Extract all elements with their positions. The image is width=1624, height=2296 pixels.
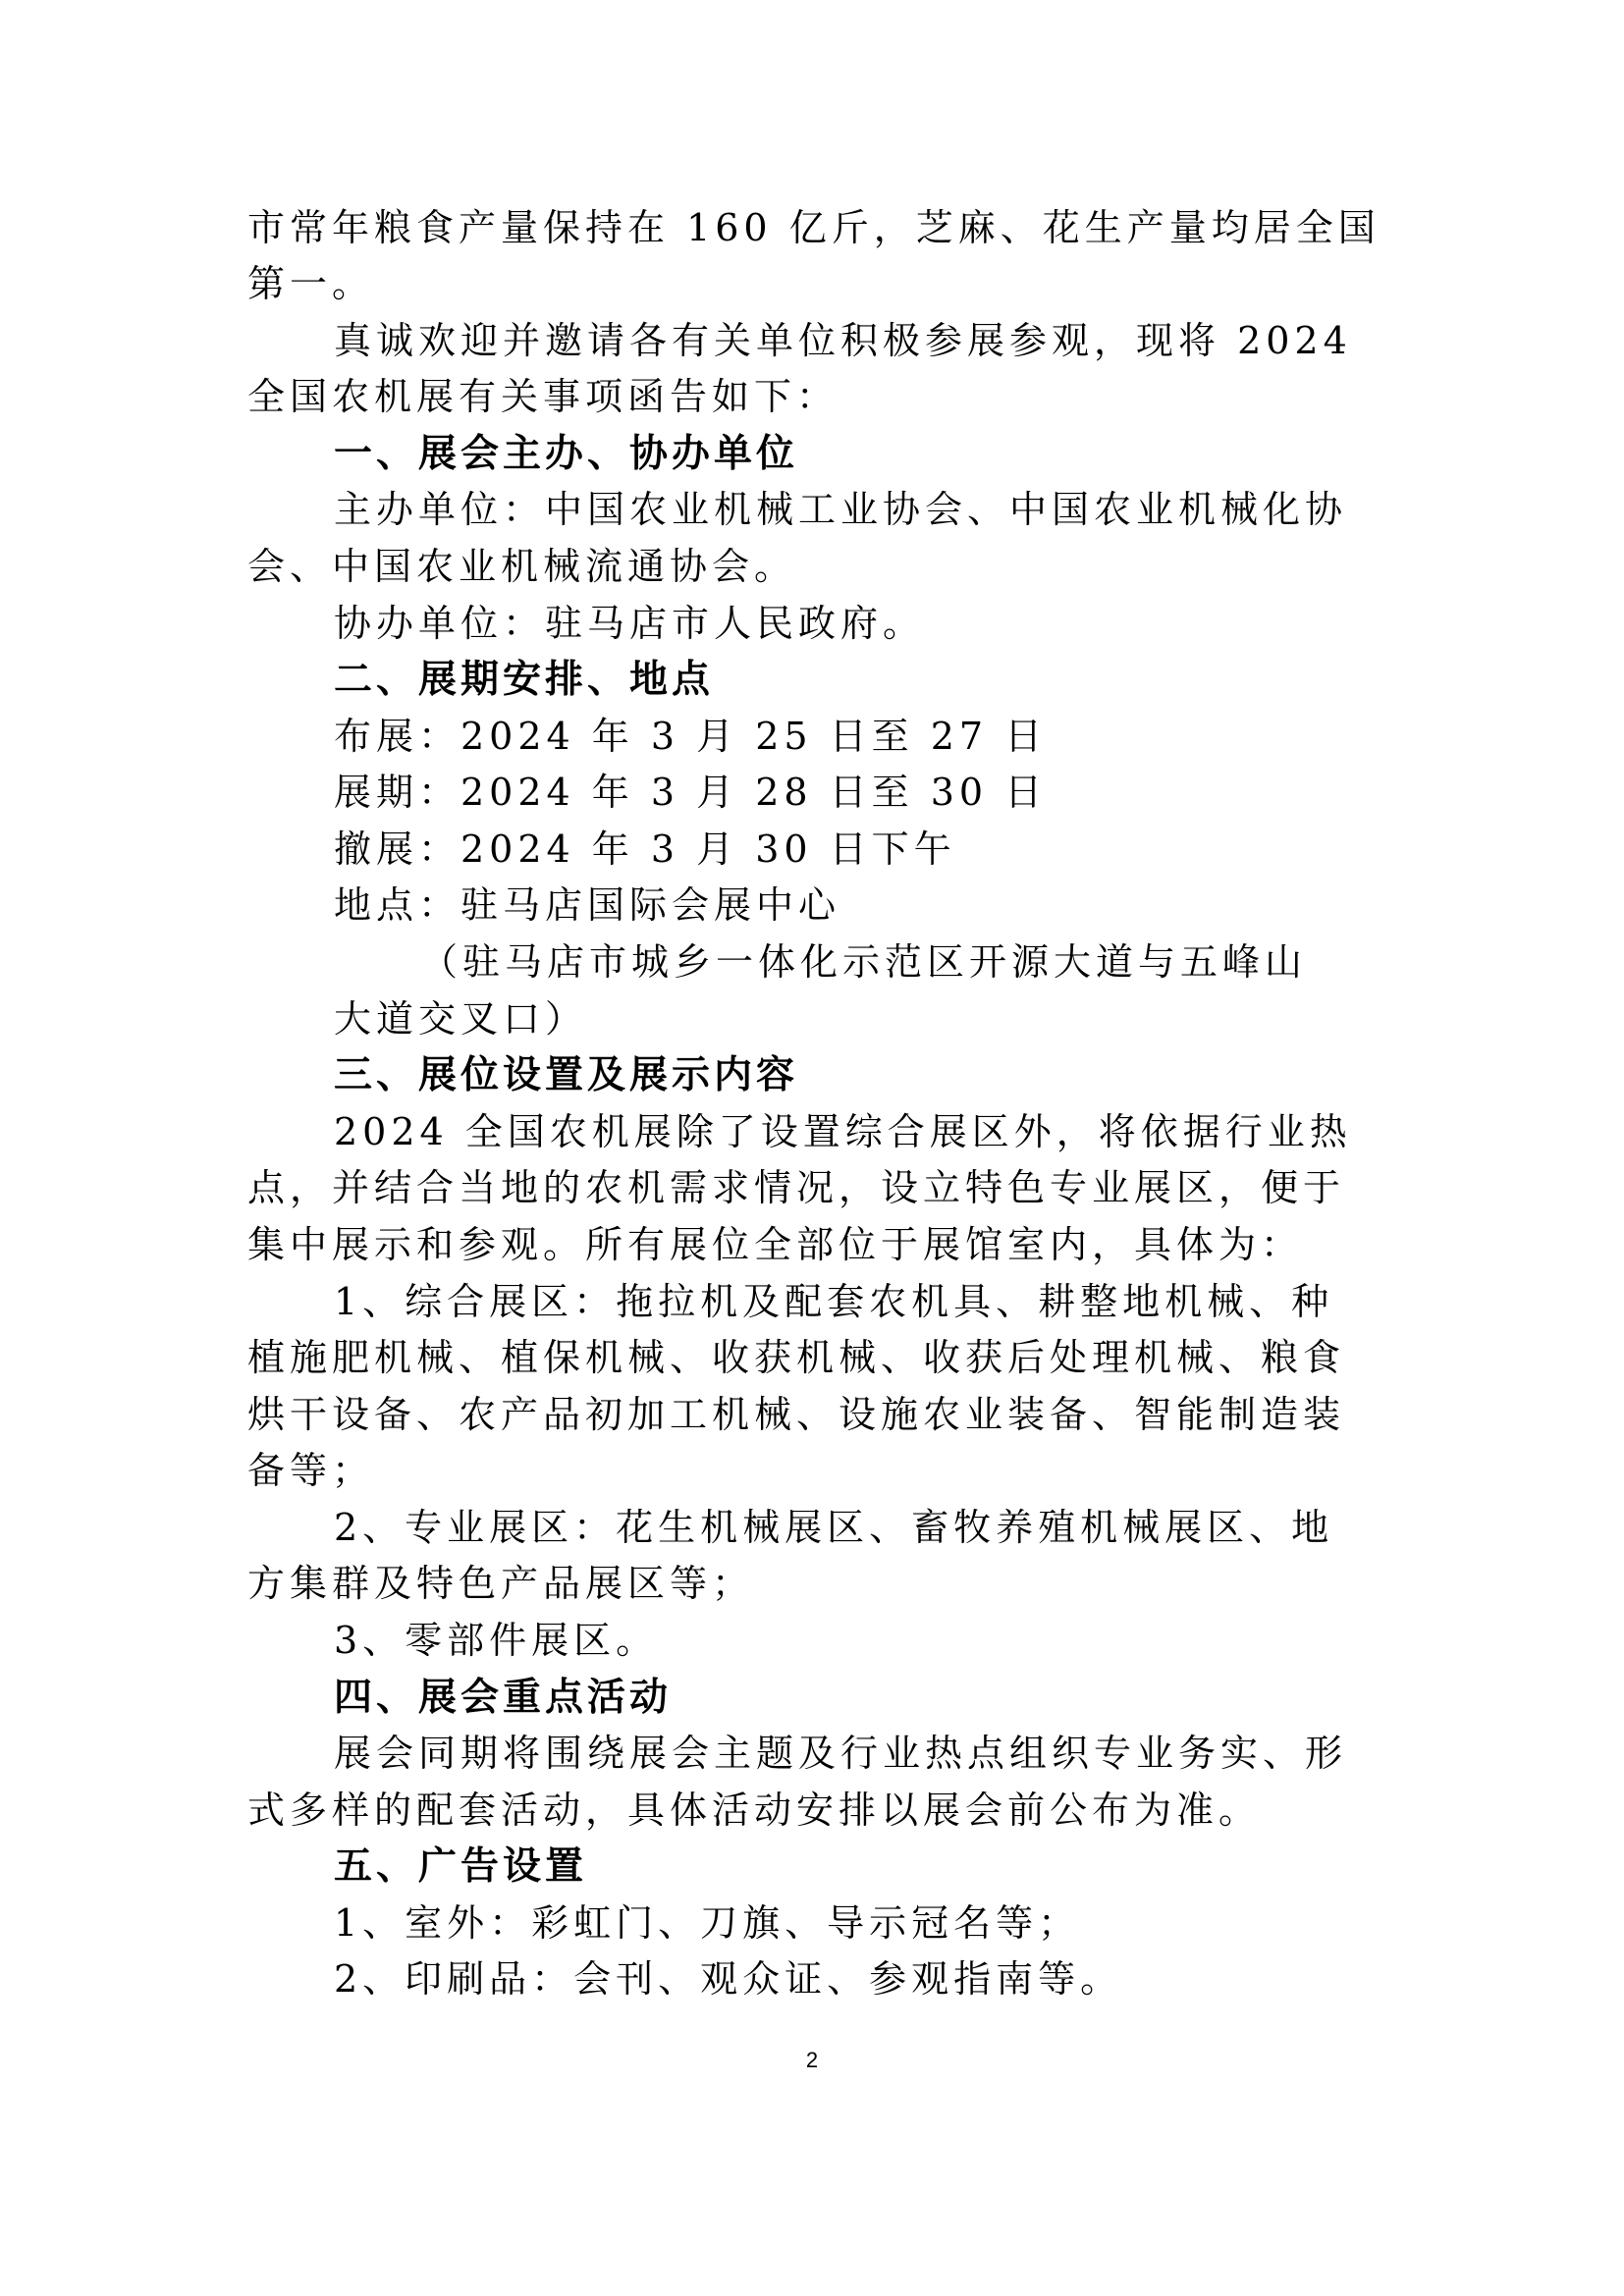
paragraph-line: 点，并结合当地的农机需求情况，设立特色专业展区，便于	[247, 1160, 1345, 1216]
paragraph-line: 1、室外：彩虹门、刀旗、导示冠名等；	[334, 1896, 1080, 1951]
paragraph-line: 布展：2024 年 3 月 25 日至 27 日	[334, 709, 1047, 765]
paragraph-line: 协办单位：驻马店市人民政府。	[334, 596, 925, 652]
paragraph-line: 地点：驻马店国际会展中心	[334, 878, 840, 934]
section-heading: 一、展会主办、协办单位	[334, 426, 798, 482]
paragraph-line: 方集群及特色产品展区等；	[247, 1556, 754, 1612]
paragraph-line: 第一。	[247, 256, 374, 312]
paragraph-line: 集中展示和参观。所有展位全部位于展馆室内，具体为：	[247, 1217, 1303, 1273]
paragraph-line: 撤展：2024 年 3 月 30 日下午	[334, 822, 956, 878]
paragraph-line: 会、中国农业机械流通协会。	[247, 539, 796, 595]
section-heading: 四、展会重点活动	[334, 1670, 672, 1726]
paragraph-line: 市常年粮食产量保持在 160 亿斤，芝麻、花生产量均居全国	[247, 200, 1380, 256]
paragraph-line: 式多样的配套活动，具体活动安排以展会前公布为准。	[247, 1783, 1261, 1839]
paragraph-line: 2024 全国农机展除了设置综合展区外，将依据行业热	[334, 1104, 1352, 1160]
section-heading: 二、展期安排、地点	[334, 652, 714, 708]
paragraph-line: 展期：2024 年 3 月 28 日至 30 日	[334, 765, 1047, 821]
document-page: 市常年粮食产量保持在 160 亿斤，芝麻、花生产量均居全国第一。真诚欢迎并邀请各…	[0, 0, 1624, 2296]
paragraph-line: 3、零部件展区。	[334, 1613, 658, 1669]
paragraph-line: 植施肥机械、植保机械、收获机械、收获后处理机械、粮食	[247, 1330, 1345, 1386]
paragraph-line: 2、专业展区：花生机械展区、畜牧养殖机械展区、地	[334, 1500, 1333, 1556]
paragraph-line: 真诚欢迎并邀请各有关单位积极参展参观，现将 2024	[334, 313, 1352, 369]
paragraph-line: 备等；	[247, 1443, 374, 1499]
paragraph-line: 1、综合展区：拖拉机及配套农机具、耕整地机械、种	[334, 1274, 1333, 1330]
paragraph-line: 展会同期将围绕展会主题及行业热点组织专业务实、形	[334, 1726, 1347, 1782]
paragraph-line: 2、印刷品：会刊、观众证、参观指南等。	[334, 1951, 1122, 2007]
section-heading: 五、广告设置	[334, 1839, 587, 1895]
page-number: 2	[800, 2046, 824, 2075]
paragraph-line: 烘干设备、农产品初加工机械、设施农业装备、智能制造装	[247, 1387, 1345, 1443]
paragraph-line: 全国农机展有关事项函告如下：	[247, 369, 839, 425]
paragraph-line: 大道交叉口）	[334, 991, 587, 1047]
section-heading: 三、展位设置及展示内容	[334, 1047, 798, 1103]
paragraph-line: （驻马店市城乡一体化示范区开源大道与五峰山	[420, 934, 1307, 990]
paragraph-line: 主办单位：中国农业机械工业协会、中国农业机械化协	[334, 482, 1347, 538]
